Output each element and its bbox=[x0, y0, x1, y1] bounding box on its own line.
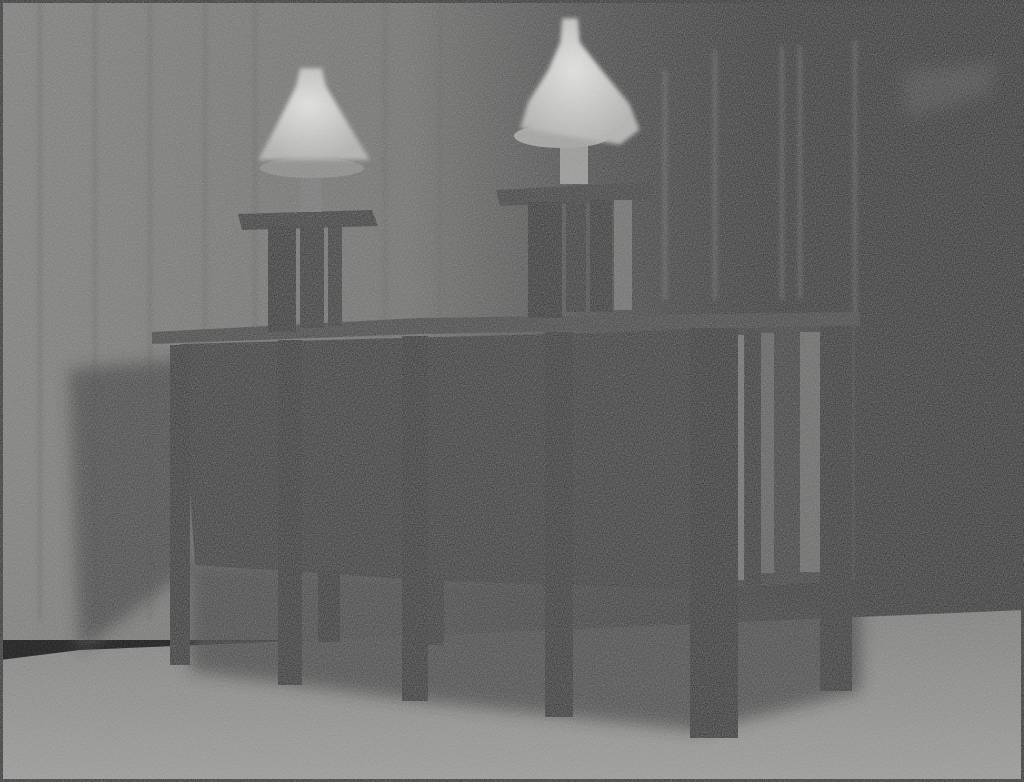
desk-leg bbox=[318, 570, 340, 642]
photograph: Vintage grainy photograph of an Arts and… bbox=[0, 0, 1024, 782]
desk-leg bbox=[402, 336, 428, 701]
desk-leg bbox=[820, 326, 852, 691]
desk-leg bbox=[170, 345, 190, 665]
desk-leg bbox=[690, 328, 738, 738]
desk-leg bbox=[278, 340, 302, 685]
desk-leg bbox=[545, 332, 573, 717]
desk-leg bbox=[428, 575, 444, 645]
desk-front-panel bbox=[180, 330, 700, 590]
desk-leg bbox=[745, 330, 761, 585]
photo-scene bbox=[0, 0, 1024, 782]
